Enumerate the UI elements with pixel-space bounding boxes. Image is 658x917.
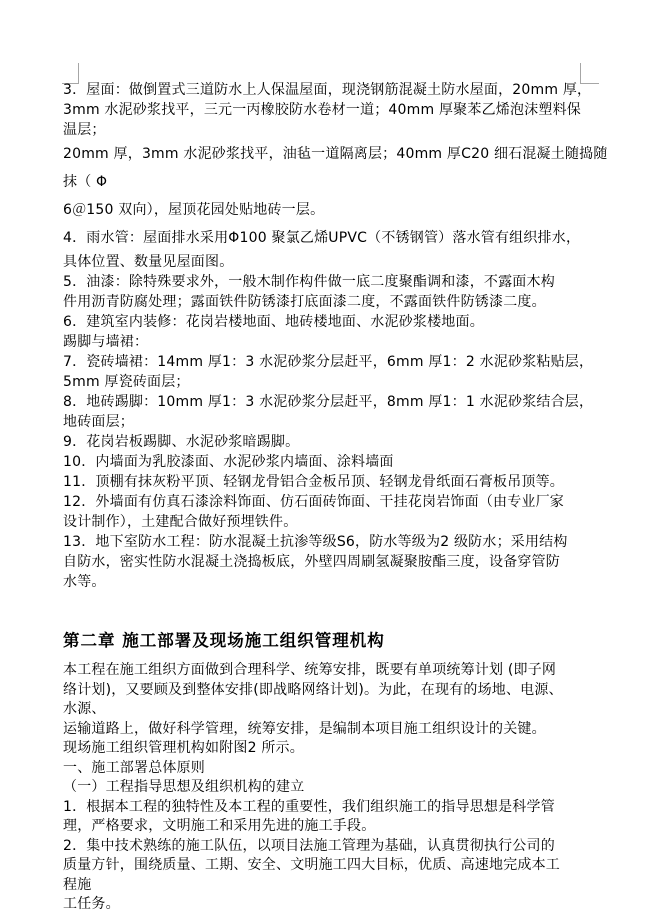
doc-line: 理，严格要求，文明施工和采用先进的施工手段。	[63, 817, 600, 837]
doc-line: 抹（ Φ	[63, 168, 600, 196]
doc-line: 6．建筑室内装修：花岗岩楼地面、地砖楼地面、水泥砂浆楼地面。	[63, 312, 600, 332]
doc-line: 5．油漆：除特殊要求外，一般木制作构件做一底二度聚酯调和漆，不露面木构	[63, 272, 600, 292]
doc-line: 8．地砖踢脚：10mm 厚1：3 水泥砂浆分层赶平，8mm 厚1：1 水泥砂浆结…	[63, 392, 600, 412]
doc-line: 络计划)，又要顾及到整体安排(即战略网络计划)。为此，在现有的场地、电源、	[63, 681, 600, 701]
doc-line: 3mm 水泥砂浆找平，三元一丙橡胶防水卷材一道；40mm 厚聚苯乙烯泡沫塑料保	[63, 100, 600, 120]
doc-line: 现场施工组织管理机构如附图2 所示。	[63, 739, 600, 759]
chapter-body-section: 本工程在施工组织方面做到合理科学、统筹安排，既要有单项统筹计划 (即子网 络计划…	[63, 661, 600, 915]
doc-line: 本工程在施工组织方面做到合理科学、统筹安排，既要有单项统筹计划 (即子网	[63, 661, 600, 681]
doc-line: （一）工程指导思想及组织机构的建立	[63, 778, 600, 798]
doc-line: 一、施工部署总体原则	[63, 759, 600, 779]
doc-line: 7．瓷砖墙裙：14mm 厚1：3 水泥砂浆分层赶平，6mm 厚1：2 水泥砂浆粘…	[63, 352, 600, 372]
doc-line: 踢脚与墙裙：	[63, 332, 600, 352]
doc-line: 质量方针，围绕质量、工期、安全、文明施工四大目标，优质、高速地完成本工	[63, 856, 600, 876]
doc-line: 工任务。	[63, 895, 600, 915]
spec-section: 3．屋面：做倒置式三道防水上人保温屋面，现浇钢筋混凝土防水屋面，20mm 厚， …	[63, 80, 600, 592]
document-body: 3．屋面：做倒置式三道防水上人保温屋面，现浇钢筋混凝土防水屋面，20mm 厚， …	[63, 80, 600, 915]
doc-line: 自防水，密实性防水混凝土浇捣板底，外壁四周刷氢凝聚胺酯三度，设备穿管防	[63, 552, 600, 572]
doc-line: 1．根据本工程的独特性及本工程的重要性，我们组织施工的指导思想是科学管	[63, 798, 600, 818]
chapter-heading: 第二章 施工部署及现场施工组织管理机构	[63, 630, 600, 652]
doc-line: 件用沥青防腐处理；露面铁件防锈漆打底面漆二度，不露面铁件防锈漆二度。	[63, 292, 600, 312]
doc-line: 水源、	[63, 700, 600, 720]
doc-line: 温层；	[63, 120, 600, 140]
doc-line: 20mm 厚，3mm 水泥砂浆找平，油毡一道隔离层；40mm 厚C20 细石混凝…	[63, 140, 600, 168]
doc-line: 设计制作），土建配合做好预埋铁件。	[63, 512, 600, 532]
doc-line: 4．雨水管：屋面排水采用Φ100 聚氯乙烯UPVC（不锈钢管）落水管有组织排水，	[63, 224, 600, 252]
doc-line: 12．外墙面有仿真石漆涂料饰面、仿石面砖饰面、干挂花岗岩饰面（由专业厂家	[63, 492, 600, 512]
doc-line: 9．花岗岩板踢脚、水泥砂浆暗踢脚。	[63, 432, 600, 452]
document-page: 3．屋面：做倒置式三道防水上人保温屋面，现浇钢筋混凝土防水屋面，20mm 厚， …	[0, 0, 658, 917]
doc-line: 6＠150 双向），屋顶花园处贴地砖一层。	[63, 196, 600, 224]
doc-line: 具体位置、数量见屋面图。	[63, 252, 600, 272]
doc-line: 水等。	[63, 572, 600, 592]
doc-line: 运输道路上，做好科学管理，统筹安排，是编制本项目施工组织设计的关键。	[63, 720, 600, 740]
doc-line: 3．屋面：做倒置式三道防水上人保温屋面，现浇钢筋混凝土防水屋面，20mm 厚，	[63, 80, 600, 100]
doc-line: 地砖面层；	[63, 412, 600, 432]
doc-line: 10．内墙面为乳胶漆面、水泥砂浆内墙面、涂料墙面	[63, 452, 600, 472]
doc-line: 13．地下室防水工程：防水混凝土抗渗等级S6，防水等级为2 级防水；采用结构	[63, 532, 600, 552]
doc-line: 5mm 厚瓷砖面层；	[63, 372, 600, 392]
doc-line: 11．顶棚有抹灰粉平顶、轻钢龙骨铝合金板吊顶、轻钢龙骨纸面石膏板吊顶等。	[63, 472, 600, 492]
doc-line: 2．集中技术熟练的施工队伍，以项目法施工管理为基础，认真贯彻执行公司的	[63, 837, 600, 857]
doc-line: 程施	[63, 876, 600, 896]
